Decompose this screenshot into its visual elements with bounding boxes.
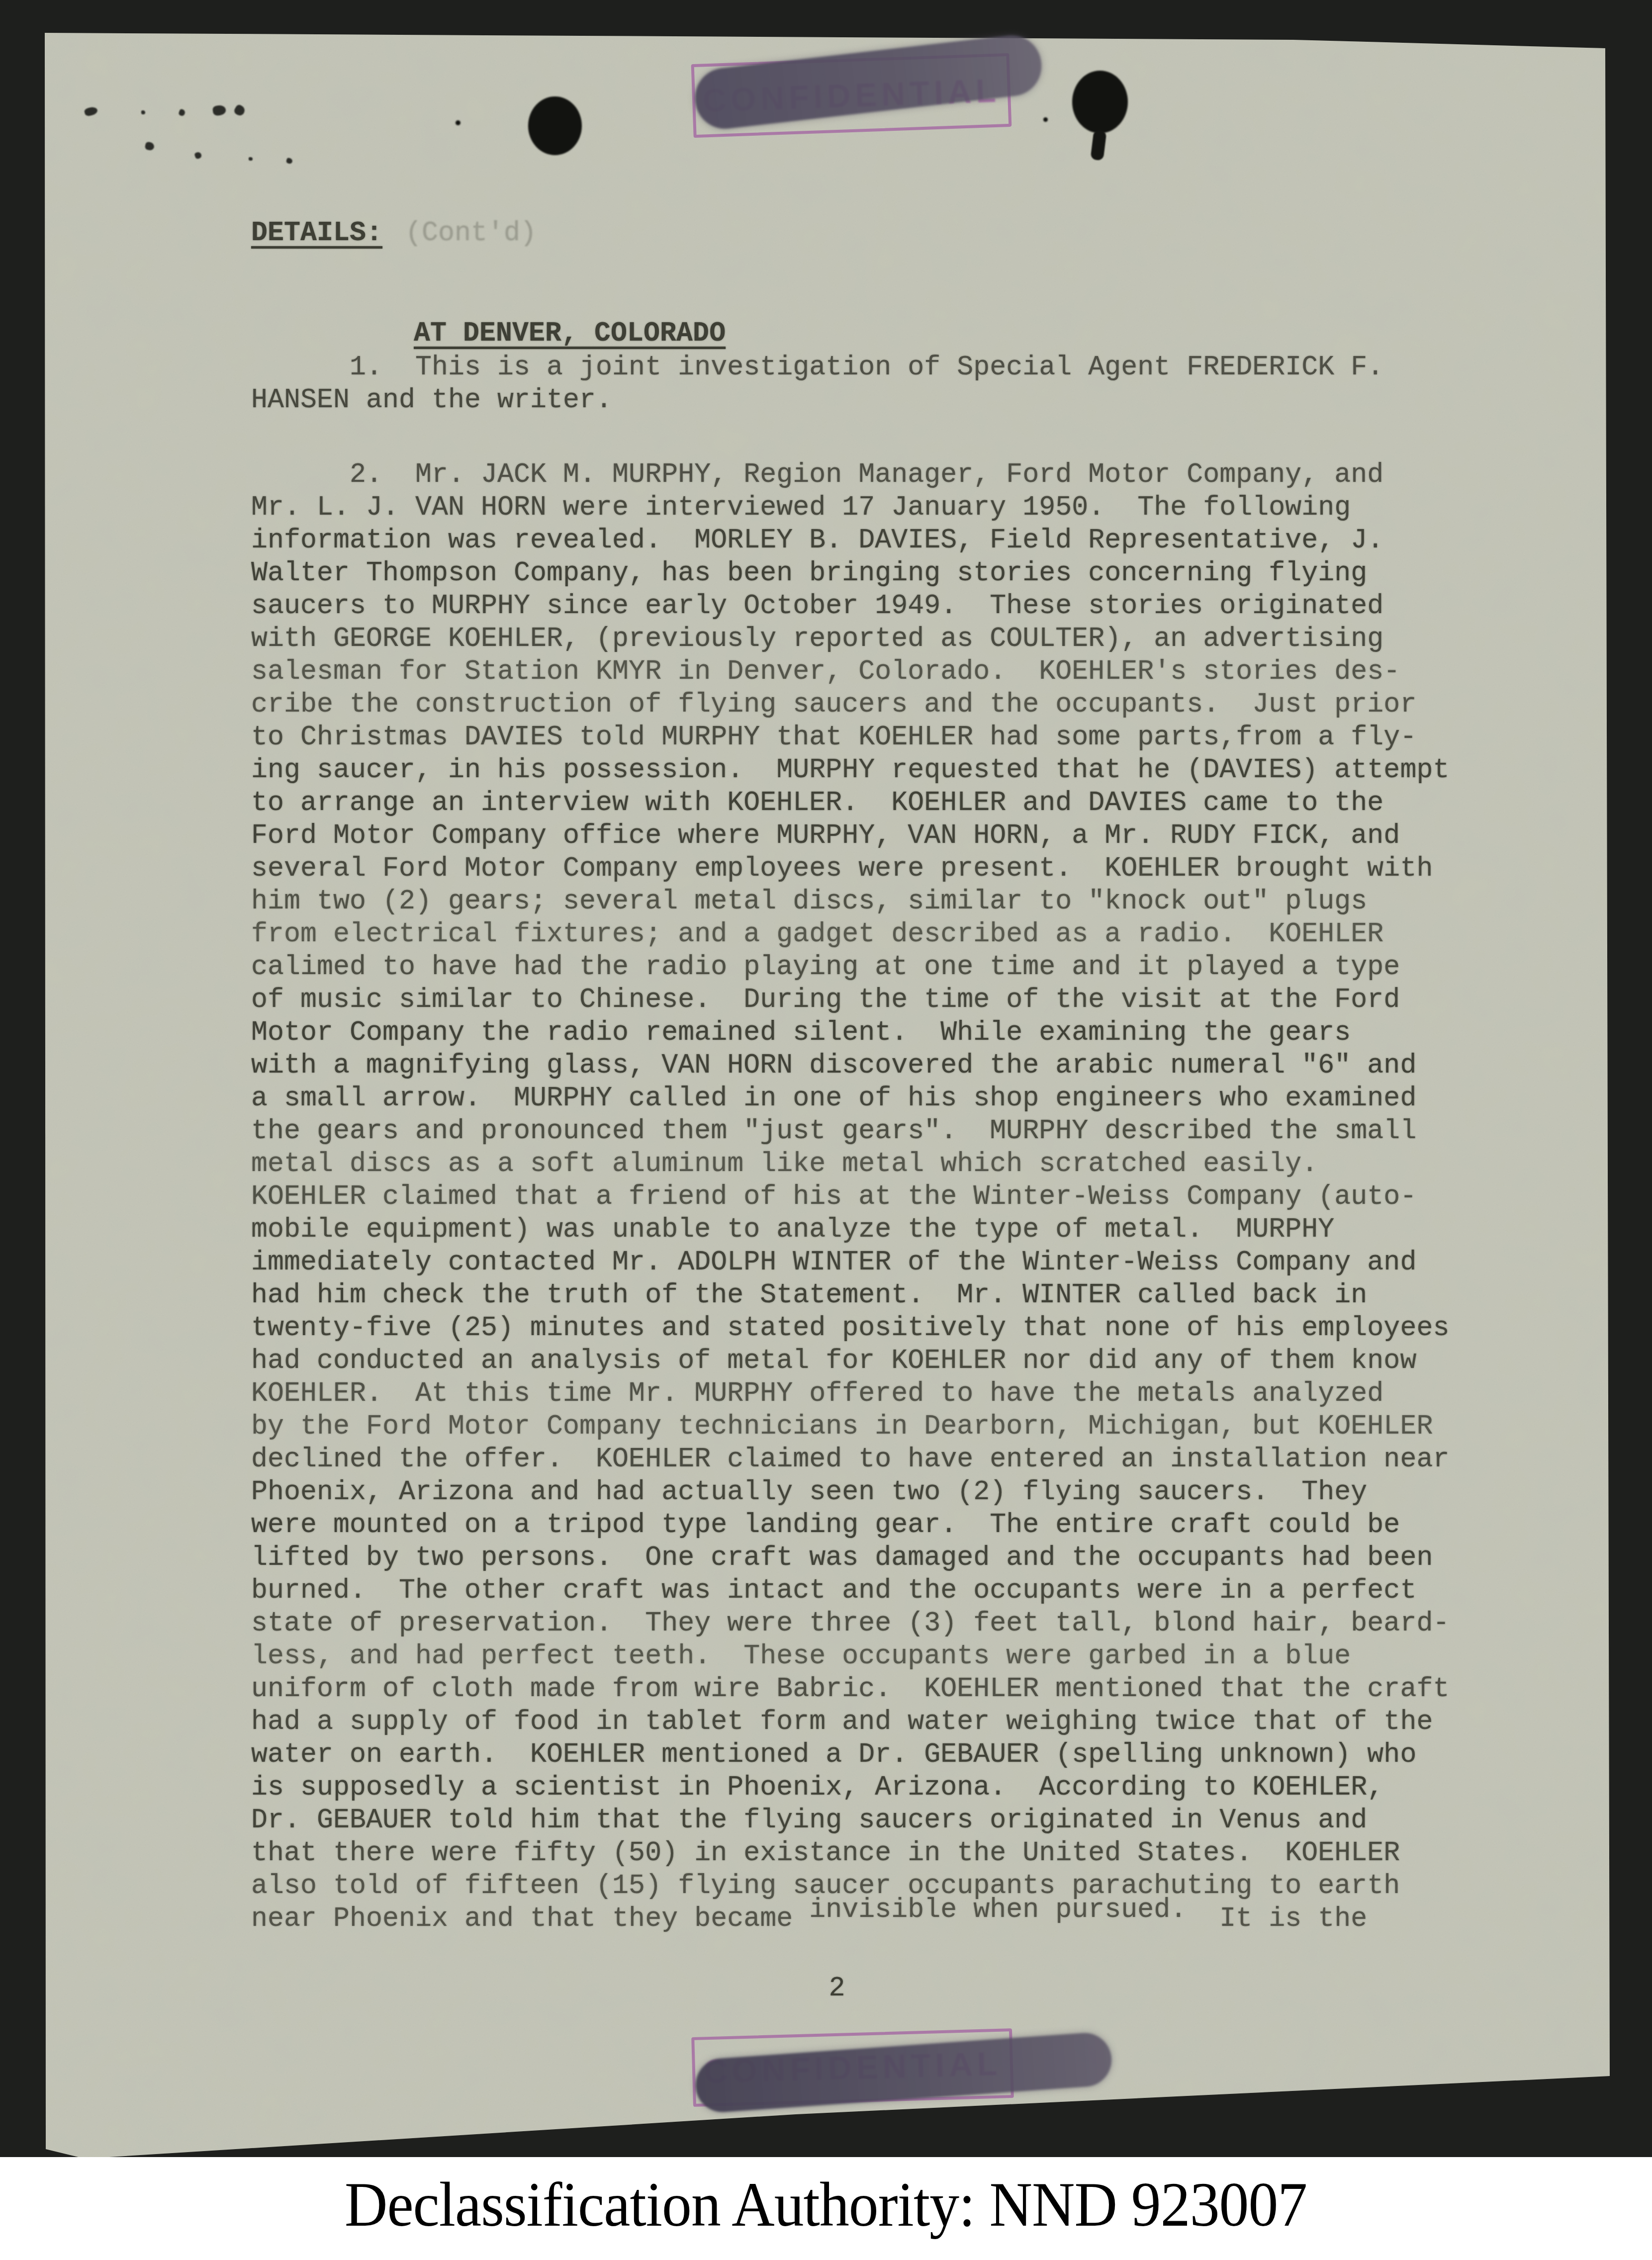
text-line: KOEHLER. At this time Mr. MURPHY offered… [251, 1377, 1449, 1410]
text-line: Ford Motor Company office where MURPHY, … [251, 819, 1449, 852]
hole-punch-right [1072, 71, 1128, 133]
text-line: saucers to MURPHY since early October 19… [251, 590, 1449, 623]
text-line: to Christmas DAVIES told MURPHY that KOE… [251, 721, 1449, 754]
text-line: Walter Thompson Company, has been bringi… [251, 557, 1449, 590]
text-line: state of preservation. They were three (… [251, 1607, 1449, 1640]
details-heading: DETAILS: (Cont'd) [251, 217, 537, 250]
text-line: twenty-five (25) minutes and stated posi… [251, 1312, 1449, 1345]
text-line: metal discs as a soft aluminum like meta… [251, 1148, 1449, 1180]
text-line: calimed to have had the radio playing at… [251, 951, 1449, 984]
paragraph-1: 1. This is a joint investigation of Spec… [251, 351, 1383, 417]
text-line: mobile equipment) was unable to analyze … [251, 1213, 1449, 1246]
text-line: him two (2) gears; several metal discs, … [251, 885, 1449, 918]
text-line: from electrical fixtures; and a gadget d… [251, 918, 1449, 951]
text-line: of music similar to Chinese. During the … [251, 984, 1449, 1016]
text-line: salesman for Station KMYR in Denver, Col… [251, 655, 1449, 688]
text-line: is supposedly a scientist in Phoenix, Ar… [251, 1771, 1449, 1804]
text-line: 1. This is a joint investigation of Spec… [251, 351, 1383, 384]
text-line: less, and had perfect teeth. These occup… [251, 1640, 1449, 1673]
text-line: lifted by two persons. One craft was dam… [251, 1541, 1449, 1574]
text-line: declined the offer. KOEHLER claimed to h… [251, 1443, 1449, 1476]
text-line: near Phoenix and that they became invisi… [251, 1902, 1449, 1935]
text-line: several Ford Motor Company employees wer… [251, 852, 1449, 885]
paragraph-2: 2. Mr. JACK M. MURPHY, Region Manager, F… [251, 458, 1449, 1935]
text-line: Phoenix, Arizona and had actually seen t… [251, 1476, 1449, 1509]
text-line: HANSEN and the writer. [251, 384, 1383, 417]
paper-speck [1043, 117, 1048, 122]
details-label: DETAILS: [251, 217, 382, 250]
pencil-mark [141, 110, 145, 114]
details-suffix: (Cont'd) [405, 217, 537, 250]
scanned-document-page: { "colors":{ "bg":"#1e1f1d", "paper":"#c… [0, 0, 1652, 2260]
text-line: to arrange an interview with KOEHLER. KO… [251, 787, 1449, 819]
text-line: the gears and pronounced them "just gear… [251, 1115, 1449, 1148]
text-line: had a supply of food in tablet form and … [251, 1706, 1449, 1738]
text-line: Mr. L. J. VAN HORN were interviewed 17 J… [251, 491, 1449, 524]
text-line: with GEORGE KOEHLER, (previously reporte… [251, 623, 1449, 655]
declassification-footer: Declassification Authority: NND 923007 [0, 2157, 1652, 2260]
text-line: water on earth. KOEHLER mentioned a Dr. … [251, 1738, 1449, 1771]
paper-speck [456, 120, 460, 125]
text-line: by the Ford Motor Company technicians in… [251, 1410, 1449, 1443]
text-line: information was revealed. MORLEY B. DAVI… [251, 524, 1449, 557]
declassification-text: Declassification Authority: NND 923007 [345, 2170, 1307, 2241]
pencil-mark [249, 157, 253, 161]
page-number: 2 [815, 1972, 859, 2005]
text-line: ing saucer, in his possession. MURPHY re… [251, 754, 1449, 787]
text-line: uniform of cloth made from wire Babric. … [251, 1673, 1449, 1706]
text-line: Motor Company the radio remained silent.… [251, 1016, 1449, 1049]
text-line: with a magnifying glass, VAN HORN discov… [251, 1049, 1449, 1082]
text-line: 2. Mr. JACK M. MURPHY, Region Manager, F… [251, 458, 1449, 491]
hole-punch-left [528, 96, 582, 155]
document-body: DETAILS: (Cont'd) AT DENVER, COLORADO 1.… [0, 0, 1652, 2260]
text-line: Dr. GEBAUER told him that the flying sau… [251, 1804, 1449, 1837]
raised-text: invisible when pursued. [809, 1894, 1187, 1925]
text-line: burned. The other craft was intact and t… [251, 1574, 1449, 1607]
text-line: cribe the construction of flying saucers… [251, 688, 1449, 721]
text-line: had conducted an analysis of metal for K… [251, 1345, 1449, 1377]
text-line: had him check the truth of the Statement… [251, 1279, 1449, 1312]
text-line: a small arrow. MURPHY called in one of h… [251, 1082, 1449, 1115]
text-line: were mounted on a tripod type landing ge… [251, 1509, 1449, 1541]
text-line: that there were fifty (50) in existance … [251, 1837, 1449, 1870]
text-line: KOEHLER claimed that a friend of his at … [251, 1180, 1449, 1213]
text-line: immediately contacted Mr. ADOLPH WINTER … [251, 1246, 1449, 1279]
